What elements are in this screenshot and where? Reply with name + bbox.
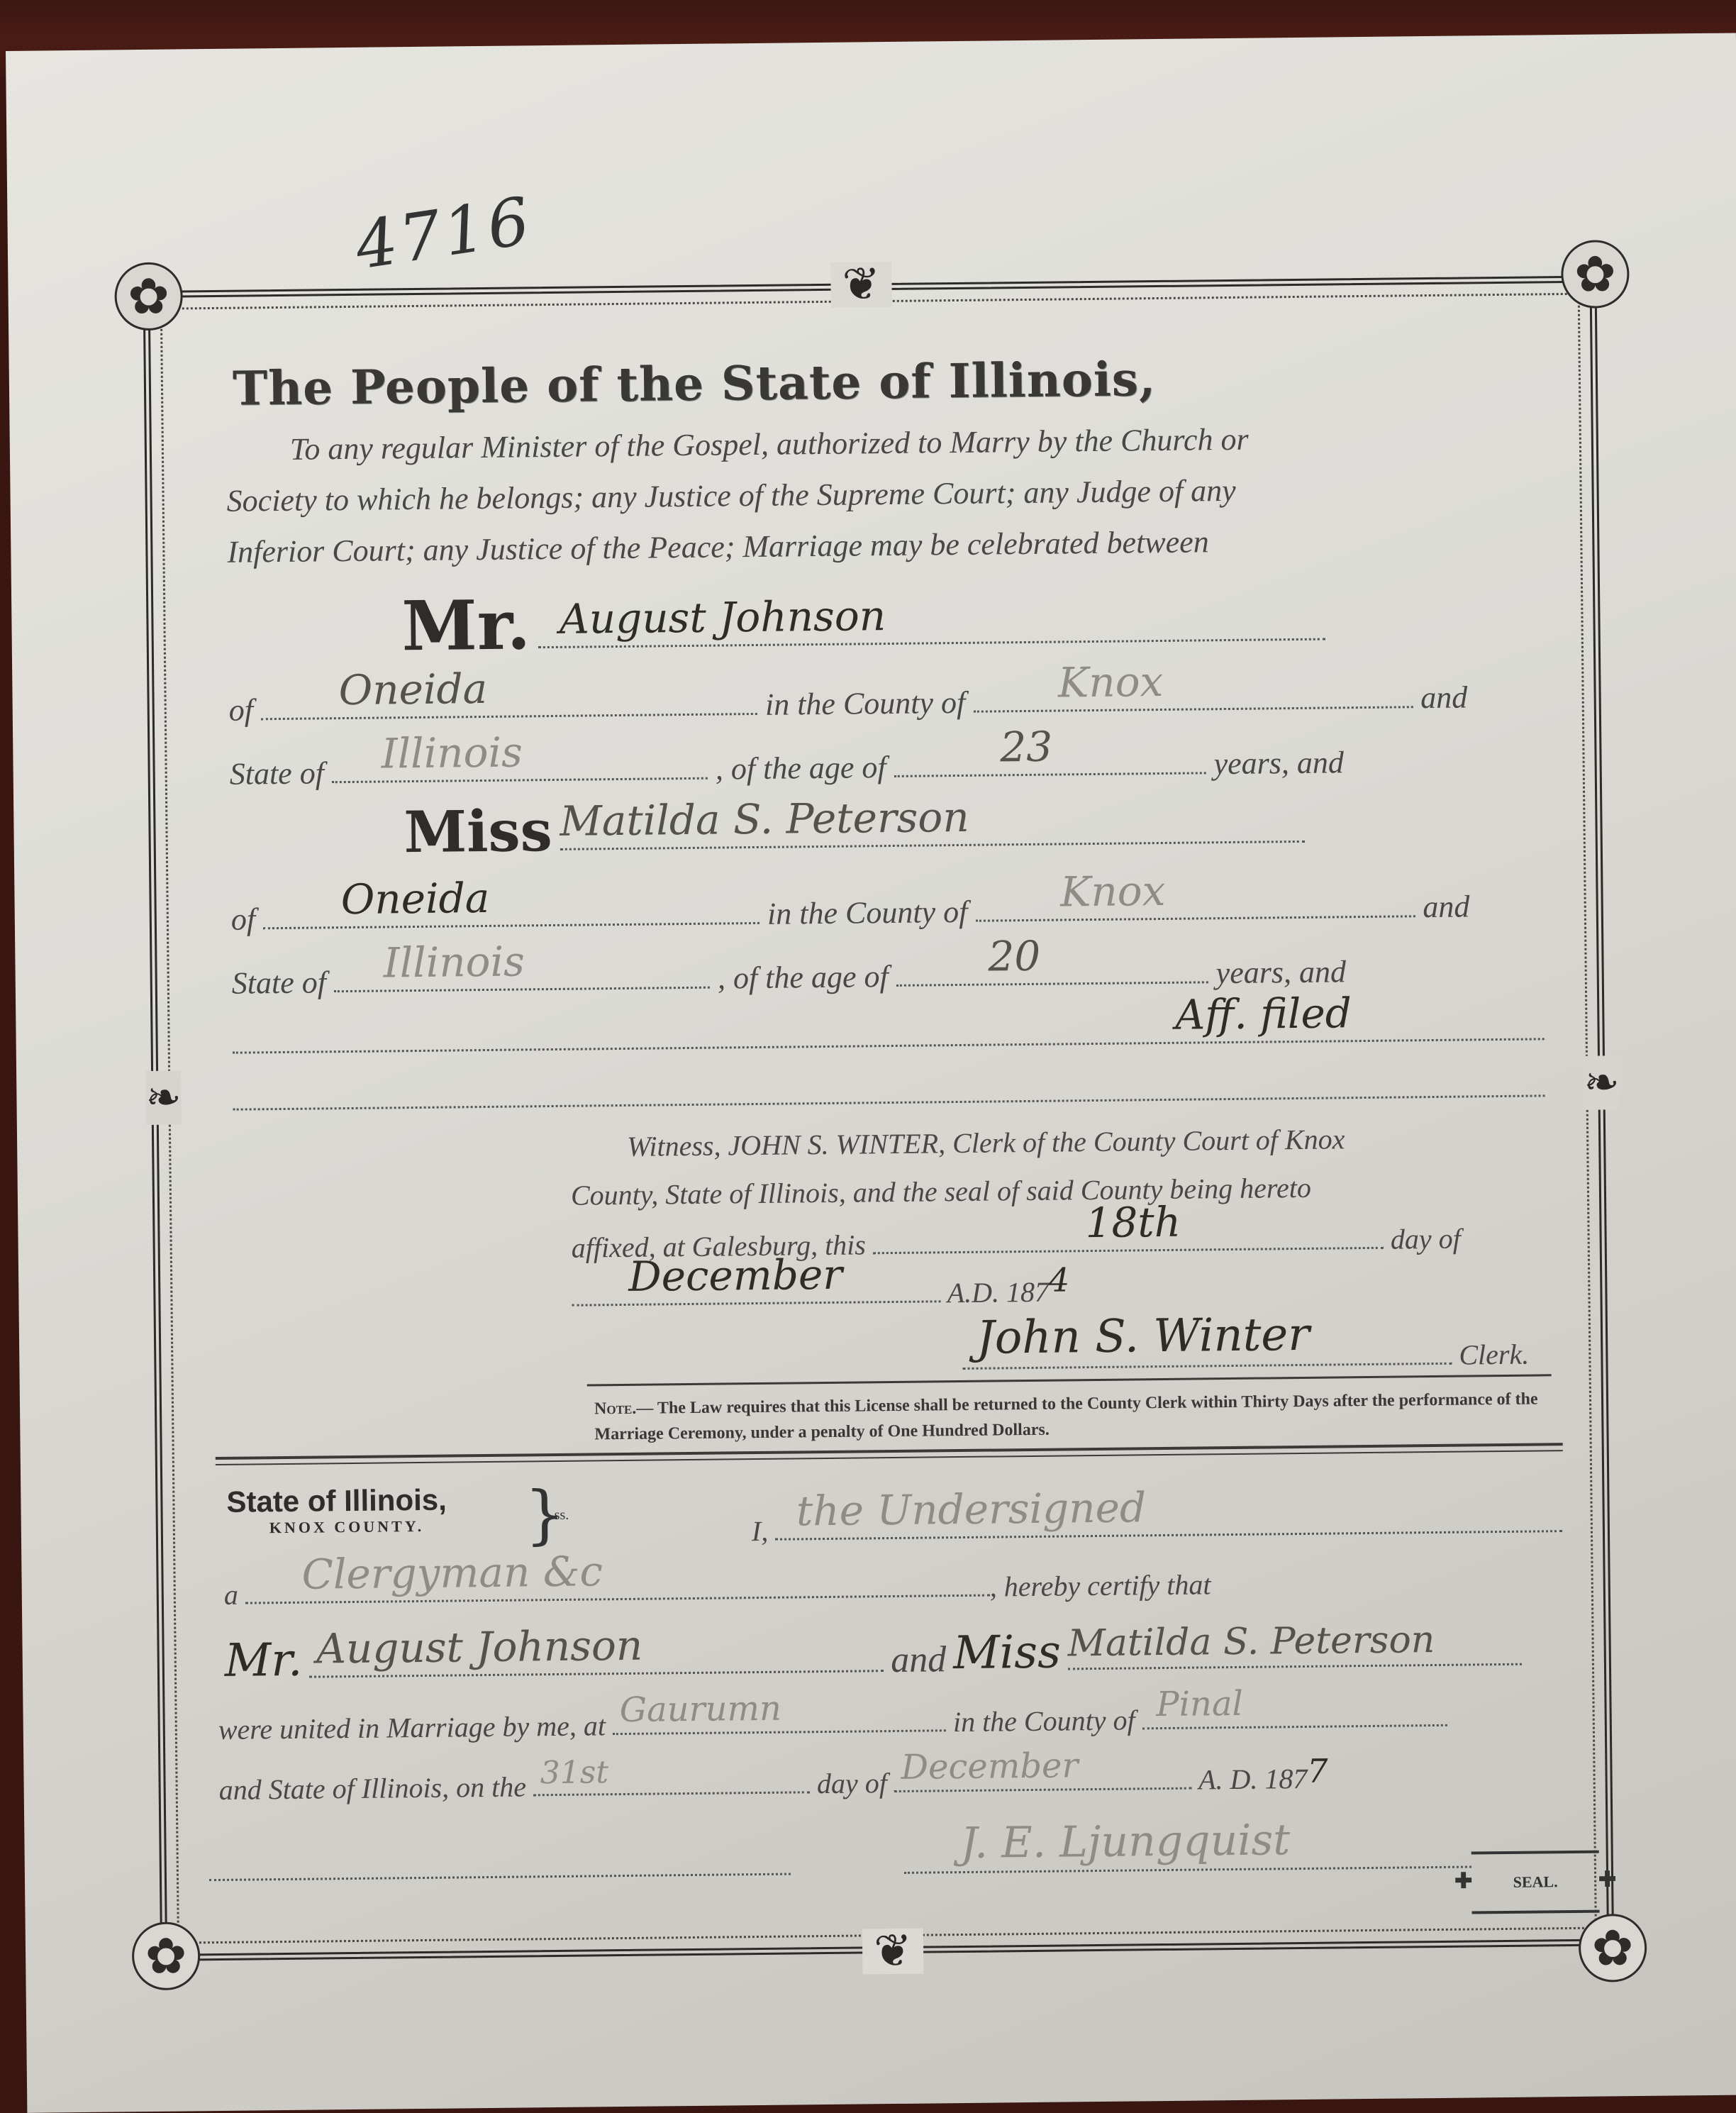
cert-bride-field[interactable]: Matilda S. Peterson (1068, 1635, 1522, 1670)
county-label: in the County of (767, 894, 968, 931)
and-label: and (1423, 889, 1470, 924)
cert-county-field[interactable]: Pinal (1142, 1696, 1447, 1730)
groom-age-value: 23 (1000, 723, 1053, 772)
cert-day-value: 31st (540, 1754, 609, 1791)
place-value: Gaurumn (619, 1689, 781, 1730)
age-label: , of the age of (716, 750, 886, 787)
corner-flower-icon: ✿ (114, 262, 183, 331)
annotation-value: Aff. filed (1175, 989, 1352, 1039)
corner-flower-icon: ✿ (1561, 240, 1630, 309)
bride-town-value: Oneida (340, 874, 489, 924)
right-knot-icon: ❧ (1584, 1055, 1620, 1110)
year-prefix: A.D. 187 (947, 1276, 1049, 1309)
witness-month-row: December A.D. 1874 (572, 1270, 1069, 1314)
groom-county-field[interactable]: Knox (973, 675, 1413, 712)
bride-age-value: 20 (988, 932, 1041, 981)
i-label: I, (752, 1515, 769, 1547)
bride-state-field[interactable]: Illinois (334, 955, 710, 993)
witness-month-value: December (628, 1250, 843, 1301)
groom-prefix: Mr. (401, 584, 531, 666)
document-title: The People of the State of Illinois, (233, 351, 1157, 416)
note-lead: Note.— (594, 1399, 654, 1419)
and-label: and (891, 1639, 947, 1680)
officiant-field[interactable]: the Undersigned (775, 1502, 1562, 1541)
and-label: and (1420, 680, 1468, 715)
officiant-signature-field[interactable]: J. E. Ljungquist (904, 1837, 1471, 1873)
ss-label: ss. (555, 1507, 569, 1524)
certificate-state: State of Illinois, (226, 1483, 447, 1519)
cert-year-prefix: A. D. 187 (1198, 1763, 1308, 1796)
state-label: State of (229, 755, 324, 791)
groom-name-field[interactable]: August Johnson (538, 607, 1325, 649)
blank-signature-field[interactable] (209, 1845, 791, 1882)
cert-month-field[interactable]: December (894, 1759, 1192, 1792)
miss-label: Miss (953, 1626, 1061, 1680)
witness-day-field[interactable]: 18th (873, 1219, 1384, 1255)
groom-name-value: August Johnson (560, 592, 886, 643)
age-label: , of the age of (718, 959, 889, 996)
witness-year-suffix: 4 (1049, 1260, 1070, 1299)
bride-town-field[interactable]: Oneida (263, 891, 759, 929)
witness-day-value: 18th (1085, 1198, 1181, 1247)
bride-name-row: Miss Matilda S. Peterson (404, 789, 1305, 865)
years-label: years, and (1215, 954, 1346, 990)
groom-name-row: Mr. August Johnson (401, 577, 1326, 667)
corner-flower-icon: ✿ (1579, 1914, 1647, 1982)
mr-label: Mr. (224, 1634, 302, 1687)
cert-month-value: December (901, 1746, 1078, 1787)
of-label: of (228, 692, 253, 727)
bride-county-field[interactable]: Knox (975, 884, 1415, 921)
county-label: in the County of (953, 1704, 1135, 1738)
county-label: in the County of (765, 685, 966, 722)
clerk-label: Clerk. (1459, 1338, 1529, 1371)
witness-month-field[interactable]: December (572, 1272, 940, 1306)
day-of-label: day of (1391, 1223, 1461, 1255)
cert-year-suffix: 7 (1307, 1752, 1328, 1790)
bride-county-value: Knox (1060, 867, 1166, 916)
certificate-heading: State of Illinois, KNOX COUNTY. } ss. (226, 1483, 447, 1538)
bride-name-value: Matilda S. Peterson (560, 793, 969, 845)
groom-state-value: Illinois (381, 728, 523, 777)
catalog-number: 4716 (350, 182, 537, 284)
officiant-signature: J. E. Ljungquist (960, 1815, 1290, 1868)
corner-flower-icon: ✿ (132, 1921, 201, 1990)
left-knot-icon: ❧ (145, 1070, 182, 1125)
of-label: of (231, 902, 256, 936)
top-knot-icon: ❦ (830, 262, 891, 308)
bride-name-field[interactable]: Matilda S. Peterson (560, 809, 1304, 850)
clerk-signature: John S. Winter (976, 1309, 1310, 1365)
bride-prefix: Miss (404, 797, 552, 865)
seal-label: SEAL. (1513, 1873, 1558, 1892)
cert-groom-value: August Johnson (316, 1621, 643, 1673)
certificate-county: KNOX COUNTY. (269, 1517, 447, 1538)
groom-state-field[interactable]: Illinois (332, 746, 708, 784)
note-text: The Law requires that this License shall… (594, 1390, 1537, 1443)
legal-note: Note.— The Law requires that this Licens… (594, 1386, 1567, 1447)
a-label: a (224, 1579, 238, 1611)
day-of-label: day of (817, 1767, 887, 1799)
groom-age-field[interactable]: 23 (894, 741, 1206, 777)
state-on-label: and State of Illinois, on the (218, 1770, 526, 1806)
bottom-knot-icon: ❦ (862, 1929, 923, 1975)
cert-groom-field[interactable]: August Johnson (309, 1641, 884, 1677)
cert-county-value: Pinal (1156, 1684, 1243, 1724)
groom-town-value: Oneida (338, 665, 487, 714)
state-label: State of (232, 965, 327, 1000)
years-label: years, and (1213, 745, 1344, 781)
clerk-signature-field[interactable]: John S. Winter (962, 1334, 1452, 1370)
certify-label: , hereby certify that (990, 1568, 1211, 1602)
place-field[interactable]: Gaurumn (613, 1701, 946, 1735)
seal-box: SEAL. (1471, 1851, 1600, 1914)
cert-bride-value: Matilda S. Peterson (1067, 1619, 1435, 1665)
groom-county-value: Knox (1058, 658, 1164, 707)
bride-state-value: Illinois (383, 937, 525, 987)
license-paper: 4716 ✿ ✿ ✿ ✿ ❦ ❦ ❧ ❧ The People of the S… (6, 33, 1736, 2112)
united-label: were united in Marriage by me, at (218, 1709, 606, 1746)
cert-day-field[interactable]: 31st (533, 1763, 810, 1796)
clerk-signature-row: John S. Winter Clerk. (962, 1333, 1529, 1377)
groom-town-field[interactable]: Oneida (261, 682, 757, 720)
office-field[interactable]: Clergyman &c (245, 1566, 989, 1604)
office-value: Clergyman &c (301, 1547, 603, 1598)
bride-age-field[interactable]: 20 (896, 950, 1208, 987)
officiant-value: the Undersigned (796, 1483, 1147, 1535)
